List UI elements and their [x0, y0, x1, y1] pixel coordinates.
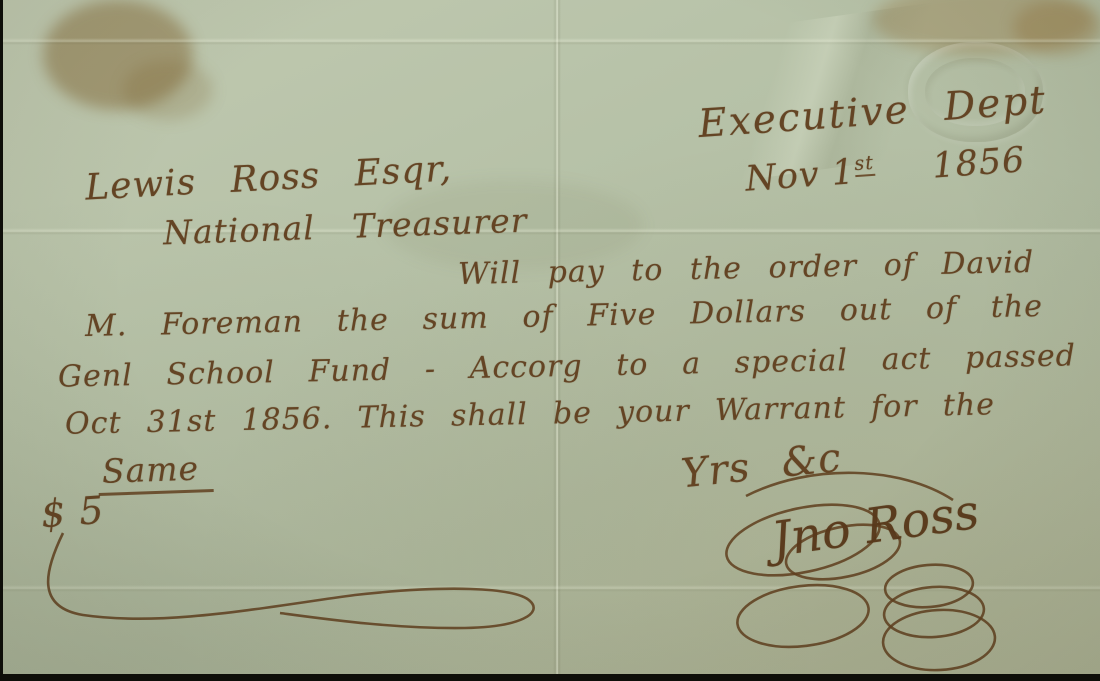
body-line-3: Genl School Fund - Accorg to a special a…	[58, 338, 1077, 394]
stain-top-left-secondary	[123, 60, 213, 120]
horizontal-crease-bottom	[3, 585, 1100, 592]
date-year: 1856	[931, 140, 1027, 186]
body-line-2: M. Foreman the sum of Five Dollars out o…	[85, 289, 1044, 344]
signature-flourish-loops	[691, 458, 1081, 676]
document-paper: Executive Dept Nov 1st1856 Lewis Ross Es…	[3, 0, 1100, 674]
signature-jno-ross: Jno Ross	[768, 484, 982, 568]
photo-frame: Executive Dept Nov 1st1856 Lewis Ross Es…	[0, 0, 1100, 681]
amount-flourish	[25, 515, 565, 645]
addressee-name: Lewis Ross Esqr,	[84, 148, 453, 208]
date-ordinal-suffix: st	[854, 151, 875, 177]
closing-yrs-etc: Yrs &c	[679, 435, 844, 498]
underlined-same-word: Same	[97, 448, 214, 496]
amount-five-dollars: $ 5	[40, 488, 106, 536]
vertical-fold-crease	[553, 0, 561, 674]
stain-top-right-corner	[1013, 0, 1100, 55]
date-day: Nov 1	[744, 152, 856, 200]
body-line-4: Oct 31st 1856. This shall be your Warran…	[65, 387, 996, 441]
